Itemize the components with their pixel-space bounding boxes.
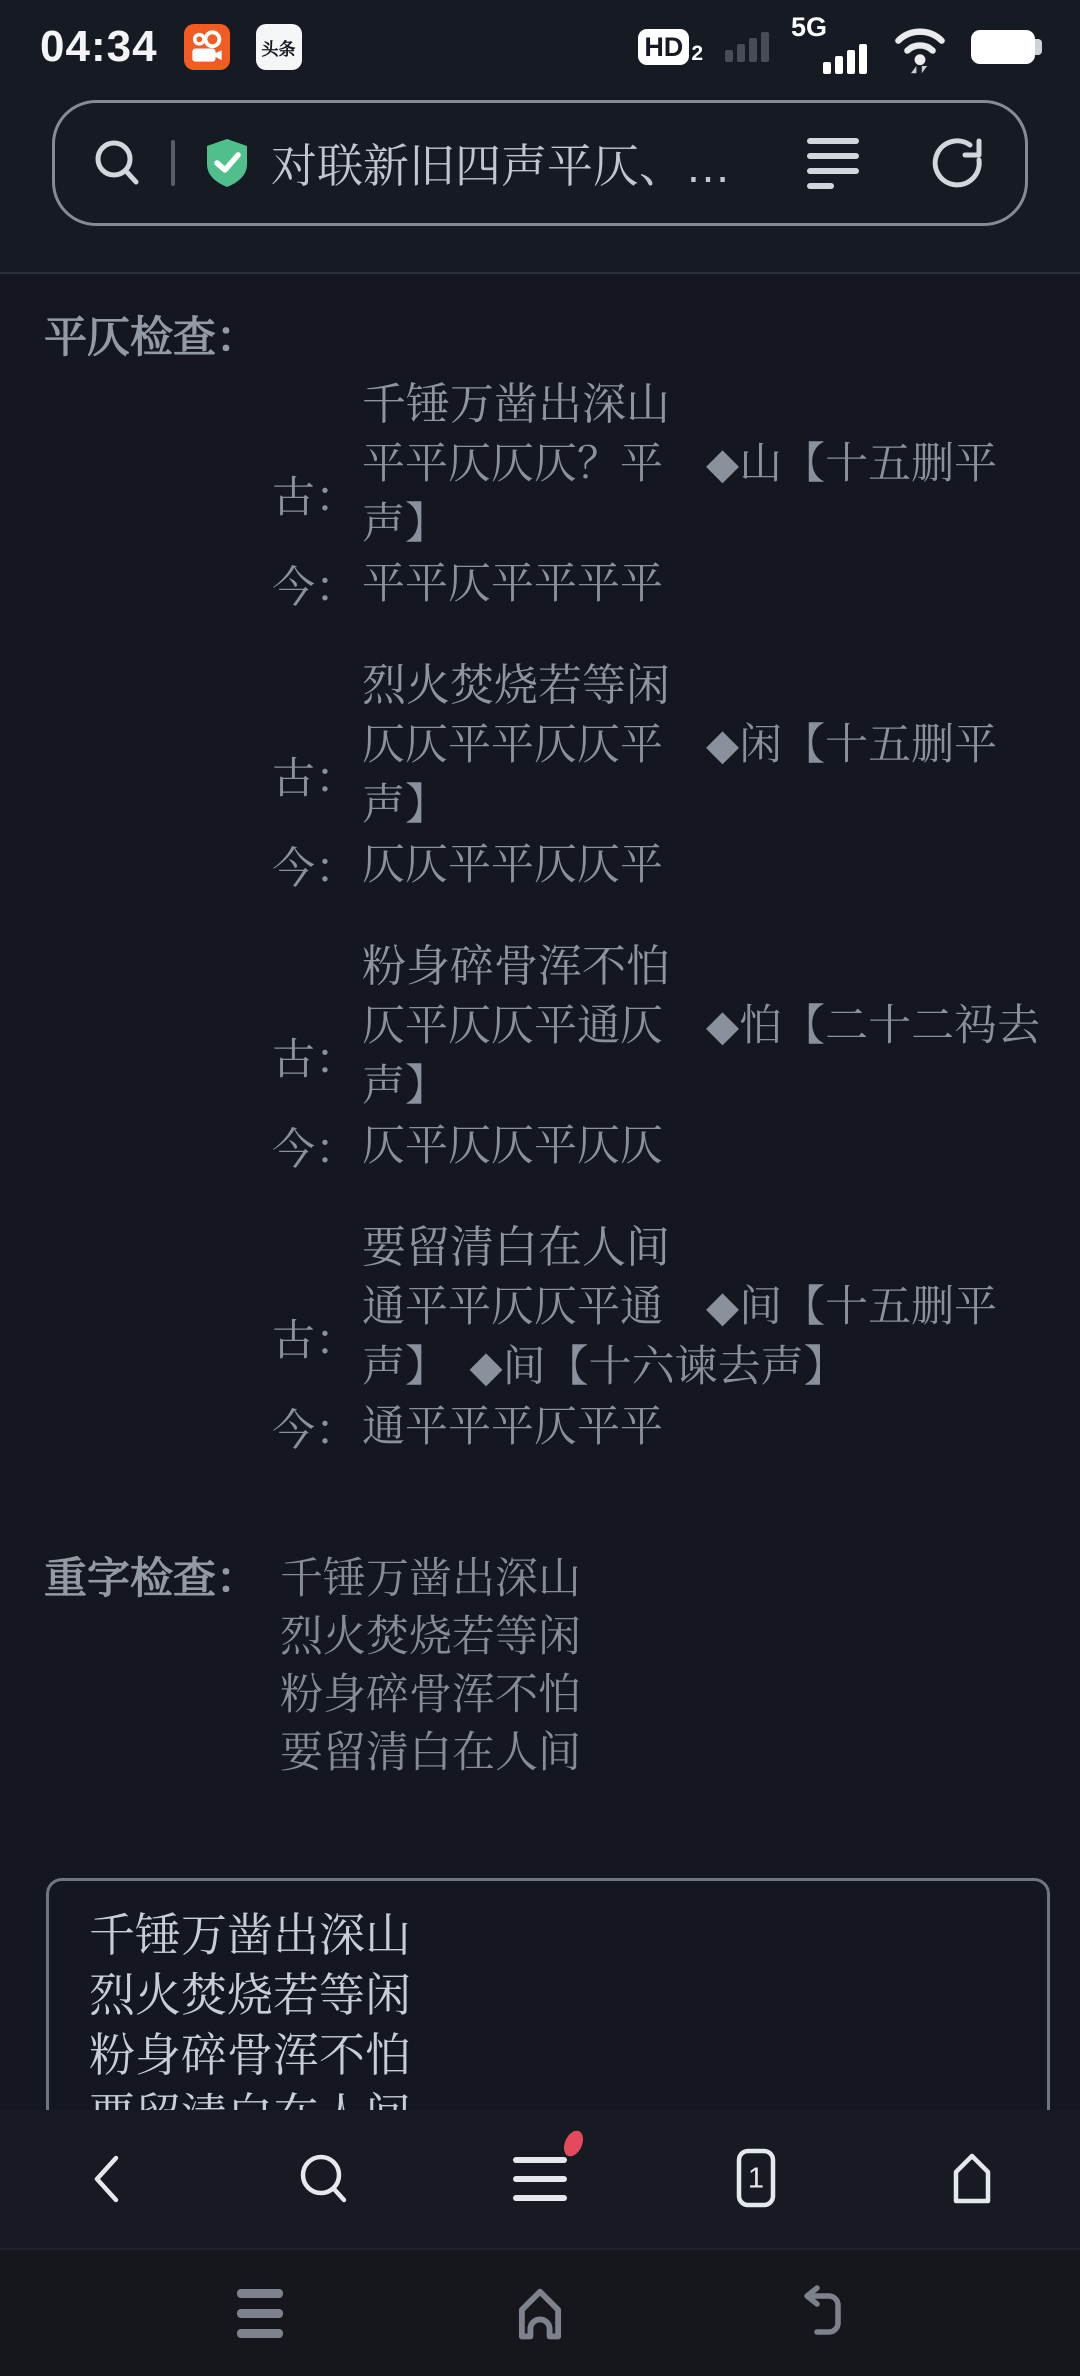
modern-label: 今： — [272, 1116, 362, 1177]
poem-line: 粉身碎骨浑不怕 — [362, 938, 1080, 996]
modern-tone-line: 通平平平仄平平 — [362, 1397, 663, 1457]
input-line: 烈火焚烧若等闲 — [89, 1965, 1017, 2025]
ancient-tone-line1: 通平平仄仄平通 ◆间【十五删平 — [362, 1277, 997, 1337]
android-home-button[interactable] — [505, 2278, 575, 2348]
recents-menu-button[interactable] — [225, 2278, 295, 2348]
ancient-tone-row: 古： 仄仄平平仄仄平 ◆闲【十五删平 声】 — [272, 715, 1080, 835]
pingze-block: 要留清白在人间 古： 通平平仄仄平通 ◆间【十五删平 声】 ◆间【十六谏去声】 … — [272, 1219, 1080, 1458]
poem-line: 烈火焚烧若等闲 — [362, 657, 1080, 715]
ancient-tone-row: 古： 仄平仄仄平通仄 ◆怕【二十二祃去 声】 — [272, 996, 1080, 1116]
home-button[interactable] — [912, 2134, 1032, 2224]
ancient-tone-line1: 仄平仄仄平通仄 ◆怕【二十二祃去 — [362, 996, 1040, 1056]
ancient-label: 古： — [272, 1307, 362, 1368]
search-icon — [89, 135, 145, 191]
modern-tone-line: 仄仄平平仄仄平 — [362, 835, 663, 895]
sim1-signal-icon — [725, 32, 769, 62]
status-bar: 04:34 头条 HD 2 5G — [0, 0, 1080, 88]
chongzi-line: 粉身碎骨浑不怕 — [280, 1666, 581, 1724]
chongzi-check-section: 重字检查： 千锤万凿出深山 烈火焚烧若等闲 粉身碎骨浑不怕 要留清白在人间 — [0, 1550, 1080, 1782]
ancient-tone-line1: 仄仄平平仄仄平 ◆闲【十五删平 — [362, 715, 997, 775]
tabs-button[interactable]: 1 — [696, 2134, 816, 2224]
toutiao-label: 头条 — [262, 35, 296, 60]
poem-line: 要留清白在人间 — [362, 1219, 1080, 1277]
input-line: 粉身碎骨浑不怕 — [89, 2025, 1017, 2085]
android-back-button[interactable] — [785, 2278, 855, 2348]
ancient-tone-line2: 声】 ◆间【十六谏去声】 — [362, 1337, 997, 1397]
modern-label: 今： — [272, 554, 362, 615]
poem-line: 千锤万凿出深山 — [362, 376, 1080, 434]
ancient-tone-row: 古： 平平仄仄仄？平 ◆山【十五删平 声】 — [272, 434, 1080, 554]
kuaishou-notification-icon — [184, 24, 230, 70]
pingze-block: 烈火焚烧若等闲 古： 仄仄平平仄仄平 ◆闲【十五删平 声】 今： 仄仄平平仄仄平 — [272, 657, 1080, 896]
chongzi-line: 千锤万凿出深山 — [280, 1550, 581, 1608]
battery-icon — [971, 30, 1042, 64]
ancient-tone-line2: 声】 — [362, 775, 997, 835]
url-bar[interactable]: 对联新旧四声平仄、… — [52, 100, 1028, 226]
wifi-icon — [891, 19, 949, 75]
android-navigation-bar — [0, 2248, 1080, 2376]
modern-tone-row: 今： 仄平仄仄平仄仄 — [272, 1116, 1080, 1177]
chongzi-line: 烈火焚烧若等闲 — [280, 1608, 581, 1666]
refresh-icon[interactable] — [929, 134, 987, 192]
modern-label: 今： — [272, 1397, 362, 1458]
tab-count: 1 — [748, 2163, 764, 2196]
app-header: 04:34 头条 HD 2 5G — [0, 0, 1080, 274]
secure-shield-icon — [201, 137, 253, 189]
ancient-tone-line2: 声】 — [362, 1056, 1040, 1116]
toutiao-notification-icon: 头条 — [256, 24, 302, 70]
chongzi-line: 要留清白在人间 — [280, 1724, 581, 1782]
ancient-tone-row: 古： 通平平仄仄平通 ◆间【十五删平 声】 ◆间【十六谏去声】 — [272, 1277, 1080, 1397]
notification-badge — [560, 2128, 587, 2160]
modern-tone-line: 平平仄平平平平 — [362, 554, 663, 614]
menu-icon — [513, 2157, 567, 2201]
back-button[interactable] — [48, 2134, 168, 2224]
pingze-block: 粉身碎骨浑不怕 古： 仄平仄仄平通仄 ◆怕【二十二祃去 声】 今： 仄平仄仄平仄… — [272, 938, 1080, 1177]
pingze-check-heading: 平仄检查： — [44, 316, 1080, 360]
modern-tone-row: 今： 平平仄平平平平 — [272, 554, 1080, 615]
input-line: 千锤万凿出深山 — [89, 1905, 1017, 1965]
modern-tone-row: 今： 仄仄平平仄仄平 — [272, 835, 1080, 896]
ancient-tone-line2: 声】 — [362, 494, 997, 554]
chongzi-check-heading: 重字检查： — [44, 1550, 280, 1782]
browser-bottom-toolbar: 1 — [0, 2110, 1080, 2248]
ancient-tone-line1: 平平仄仄仄？平 ◆山【十五删平 — [362, 434, 997, 494]
page-title[interactable]: 对联新旧四声平仄、… — [271, 130, 807, 196]
modern-tone-row: 今： 通平平平仄平平 — [272, 1397, 1080, 1458]
web-page-content: 平仄检查： 千锤万凿出深山 古： 平平仄仄仄？平 ◆山【十五删平 声】 今： 平… — [0, 276, 1080, 2376]
search-button[interactable] — [264, 2134, 384, 2224]
menu-button[interactable] — [480, 2134, 600, 2224]
menu-bars-icon — [237, 2289, 283, 2338]
divider — [171, 140, 175, 186]
clock-time: 04:34 — [40, 22, 158, 72]
sim2-signal-5g-icon: 5G — [791, 16, 869, 78]
reader-mode-icon[interactable] — [807, 138, 859, 189]
ancient-label: 古： — [272, 1026, 362, 1087]
ancient-label: 古： — [272, 464, 362, 525]
pingze-block: 千锤万凿出深山 古： 平平仄仄仄？平 ◆山【十五删平 声】 今： 平平仄平平平平 — [272, 376, 1080, 615]
modern-label: 今： — [272, 835, 362, 896]
modern-tone-line: 仄平仄仄平仄仄 — [362, 1116, 663, 1176]
ancient-label: 古： — [272, 745, 362, 806]
hd-voice-icon: HD 2 — [638, 29, 703, 65]
